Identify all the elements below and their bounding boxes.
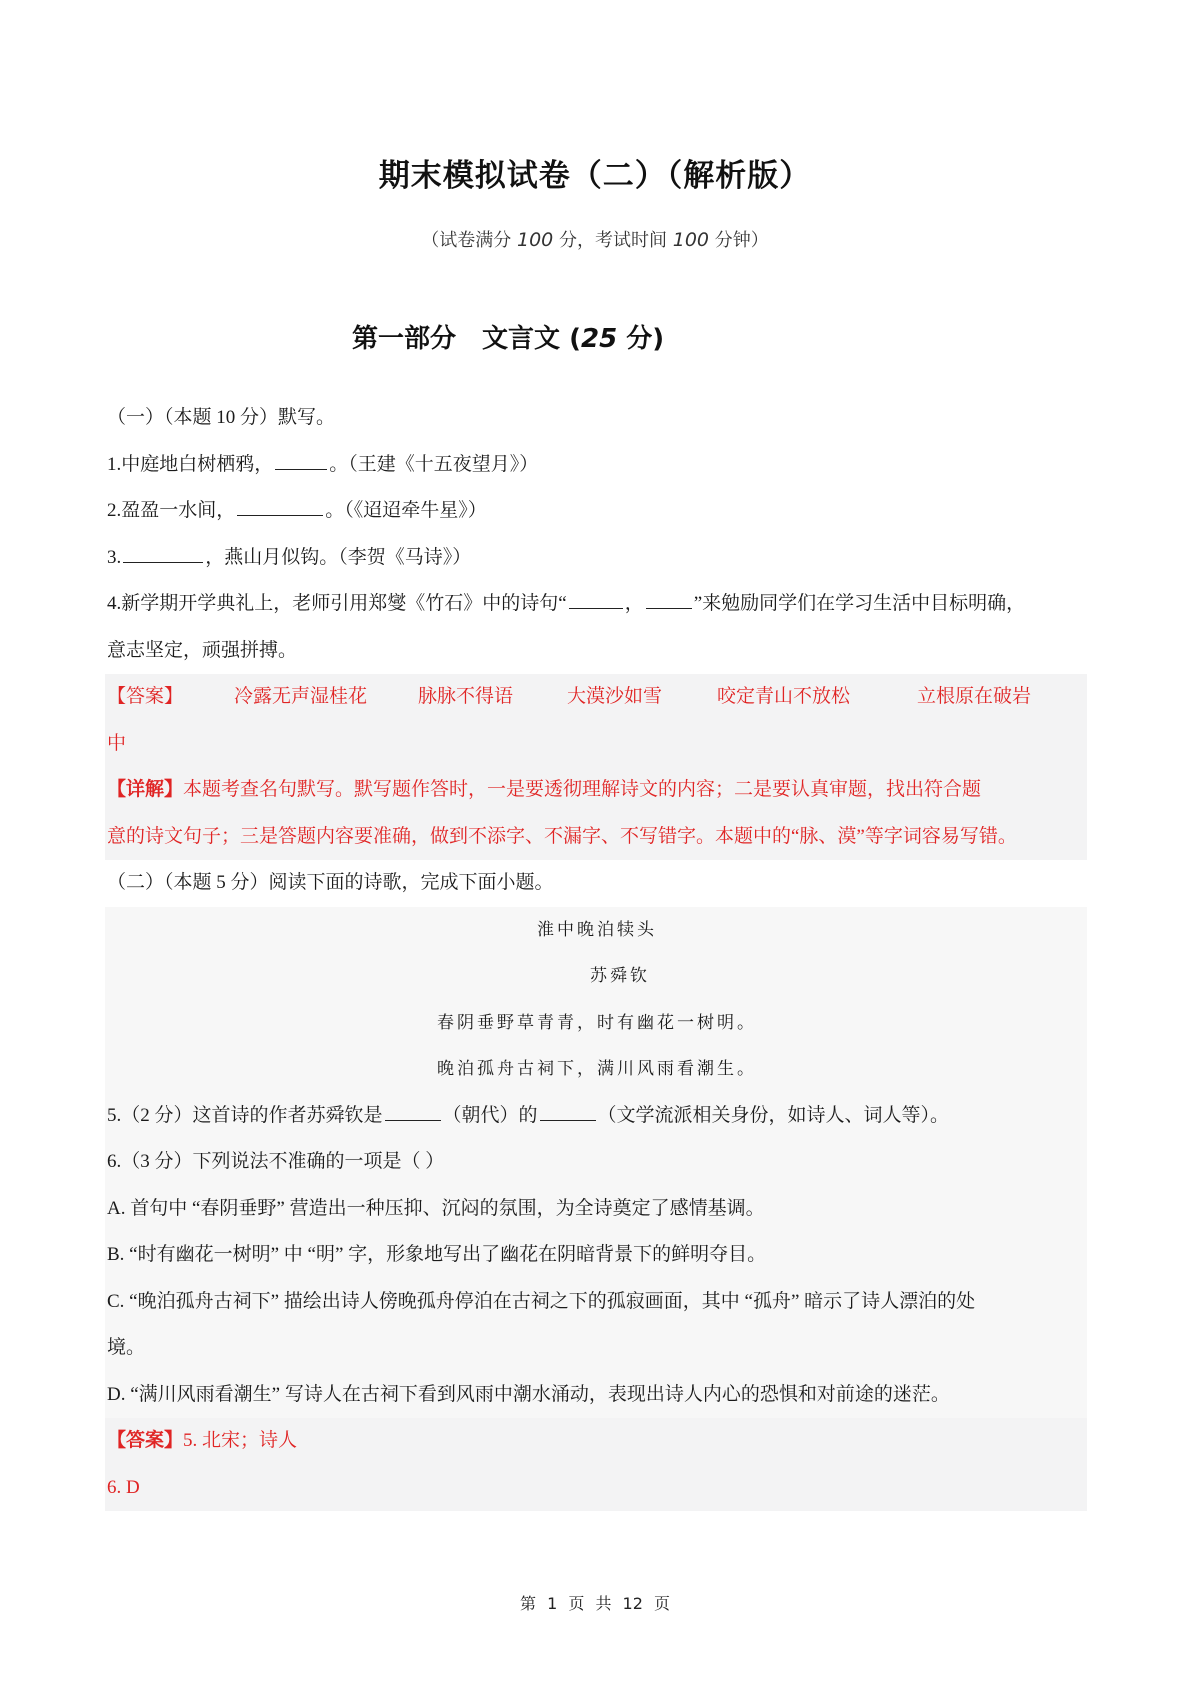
part-score-close: 分) — [626, 324, 664, 354]
q1-blank — [275, 449, 327, 470]
section2-answer-5: 【答案】5. 北宋；诗人 — [107, 1418, 1087, 1465]
question-6-stem: 6.（3 分）下列说法不准确的一项是（ ） — [107, 1139, 1087, 1186]
question-4-cont: 意志坚定，顽强拼搏。 — [107, 628, 1085, 675]
q2-blank — [237, 495, 323, 516]
answer-overflow: 中 — [107, 721, 1087, 768]
q1-text: 1.中庭地白树栖鸦， — [107, 454, 273, 475]
answer-label: 【答案】 — [107, 1430, 183, 1451]
part-label: 第一部分 — [352, 324, 456, 354]
part-name: 文言文 — [482, 324, 560, 354]
option-c-cont: 境。 — [107, 1325, 1087, 1372]
section1-answer-block: 【答案】 冷露无声湿桂花 脉脉不得语 大漠沙如雪 咬定青山不放松 立根原在破岩 … — [105, 674, 1087, 860]
questions-block: 5.（2 分）这首诗的作者苏舜钦是（朝代）的（文学流派相关身份，如诗人、词人等）… — [105, 1093, 1087, 1419]
poem-block: 淮中晚泊犊头 苏舜钦 春阴垂野草青青，时有幽花一树明。 晚泊孤舟古祠下，满川风雨… — [105, 907, 1087, 1093]
option-a: A. 首句中 “春阴垂野” 营造出一种压抑、沉闷的氛围，为全诗奠定了感情基调。 — [107, 1186, 1087, 1233]
q4-text: 4.新学期开学典礼上，老师引用郑燮《竹石》中的诗句“ — [107, 593, 567, 614]
q2-source: 。（《迢迢牵牛星》） — [325, 500, 487, 521]
answer-label: 【答案】 — [107, 674, 234, 721]
q5-mid: （朝代）的 — [443, 1105, 538, 1126]
explanation-label: 【详解】 — [107, 779, 183, 800]
document-body: （一）（本题 10 分）默写。 1.中庭地白树栖鸦，。（王建《十五夜望月》） 2… — [107, 395, 1085, 1511]
poem-line-2: 晚泊孤舟古祠下，满川风雨看潮生。 — [107, 1046, 1087, 1093]
question-1: 1.中庭地白树栖鸦，。（王建《十五夜望月》） — [107, 442, 1085, 489]
q3-blank — [123, 542, 203, 563]
section1-explanation: 【详解】本题考查名句默写。默写题作答时，一是要透彻理解诗文的内容；二是要认真审题… — [107, 767, 1087, 814]
q4-blank-2 — [646, 588, 692, 609]
q5-after: （文学流派相关身份，如诗人、词人等）。 — [598, 1105, 950, 1126]
answer-5: 5. 北宋；诗人 — [183, 1430, 297, 1451]
section2-answer-block: 【答案】5. 北宋；诗人 6. D — [105, 1418, 1087, 1511]
q3-text: ，燕山月似钩。（李贺《马诗》） — [205, 547, 471, 568]
option-d: D. “满川风雨看潮生” 写诗人在古祠下看到风雨中潮水涌动，表现出诗人内心的恐惧… — [107, 1372, 1087, 1419]
section1-heading: （一）（本题 10 分）默写。 — [107, 395, 1085, 442]
exam-info-prefix: （试卷满分 — [421, 230, 511, 251]
part-title: 第一部分文言文 (25 分) — [352, 318, 664, 355]
question-2: 2.盈盈一水间，。（《迢迢牵牛星》） — [107, 488, 1085, 535]
poem-author: 苏舜钦 — [107, 953, 1087, 1000]
exam-info: （试卷满分 100 分，考试时间 100 分钟） — [0, 226, 1190, 252]
q4-text-after: ”来勉励同学们在学习生活中目标明确， — [694, 593, 1025, 614]
q4-comma: ， — [625, 593, 644, 614]
option-b: B. “时有幽花一树明” 中 “明” 字，形象地写出了幽花在阴暗背景下的鲜明夺目… — [107, 1232, 1087, 1279]
answer-item: 大漠沙如雪 — [567, 674, 717, 721]
explanation-line-2: 意的诗文句子；三是答题内容要准确，做到不添字、不漏字、不写错字。本题中的“脉、漠… — [107, 814, 1087, 861]
answer-item: 立根原在破岩 — [917, 674, 1031, 721]
poem-line-1: 春阴垂野草青青，时有幽花一树明。 — [107, 1000, 1087, 1047]
part-score-open: ( — [569, 324, 581, 354]
page-title: 期末模拟试卷（二）（解析版） — [0, 150, 1190, 195]
q1-source: 。（王建《十五夜望月》） — [329, 454, 538, 475]
q5-blank-1 — [385, 1100, 441, 1121]
exam-info-mid: 分，考试时间 — [559, 230, 667, 251]
answer-item: 冷露无声湿桂花 — [234, 674, 418, 721]
option-c: C. “晚泊孤舟古祠下” 描绘出诗人傍晚孤舟停泊在古祠之下的孤寂画面，其中 “孤… — [107, 1279, 1087, 1326]
question-4: 4.新学期开学典礼上，老师引用郑燮《竹石》中的诗句“，”来勉励同学们在学习生活中… — [107, 581, 1085, 628]
exam-duration: 100 — [673, 229, 709, 251]
q4-blank-1 — [569, 588, 623, 609]
explanation-line-1: 本题考查名句默写。默写题作答时，一是要透彻理解诗文的内容；二是要认真审题，找出符… — [183, 779, 981, 800]
full-score: 100 — [517, 229, 553, 251]
q5-text: 5.（2 分）这首诗的作者苏舜钦是 — [107, 1105, 383, 1126]
q5-blank-2 — [540, 1100, 596, 1121]
part-score: 25 — [581, 324, 617, 354]
question-5: 5.（2 分）这首诗的作者苏舜钦是（朝代）的（文学流派相关身份，如诗人、词人等）… — [107, 1093, 1087, 1140]
exam-info-suffix: 分钟） — [715, 230, 769, 251]
answer-item: 脉脉不得语 — [418, 674, 567, 721]
question-3: 3.，燕山月似钩。（李贺《马诗》） — [107, 535, 1085, 582]
answer-item: 咬定青山不放松 — [717, 674, 917, 721]
section2-heading: （二）（本题 5 分）阅读下面的诗歌，完成下面小题。 — [107, 860, 1085, 907]
section2-answer-6: 6. D — [107, 1465, 1087, 1512]
section1-answer: 【答案】 冷露无声湿桂花 脉脉不得语 大漠沙如雪 咬定青山不放松 立根原在破岩 — [107, 674, 1087, 721]
q3-number: 3. — [107, 547, 121, 568]
q2-text: 2.盈盈一水间， — [107, 500, 235, 521]
poem-title: 淮中晚泊犊头 — [107, 907, 1087, 954]
page-number: 第 1 页 共 12 页 — [0, 1591, 1190, 1614]
